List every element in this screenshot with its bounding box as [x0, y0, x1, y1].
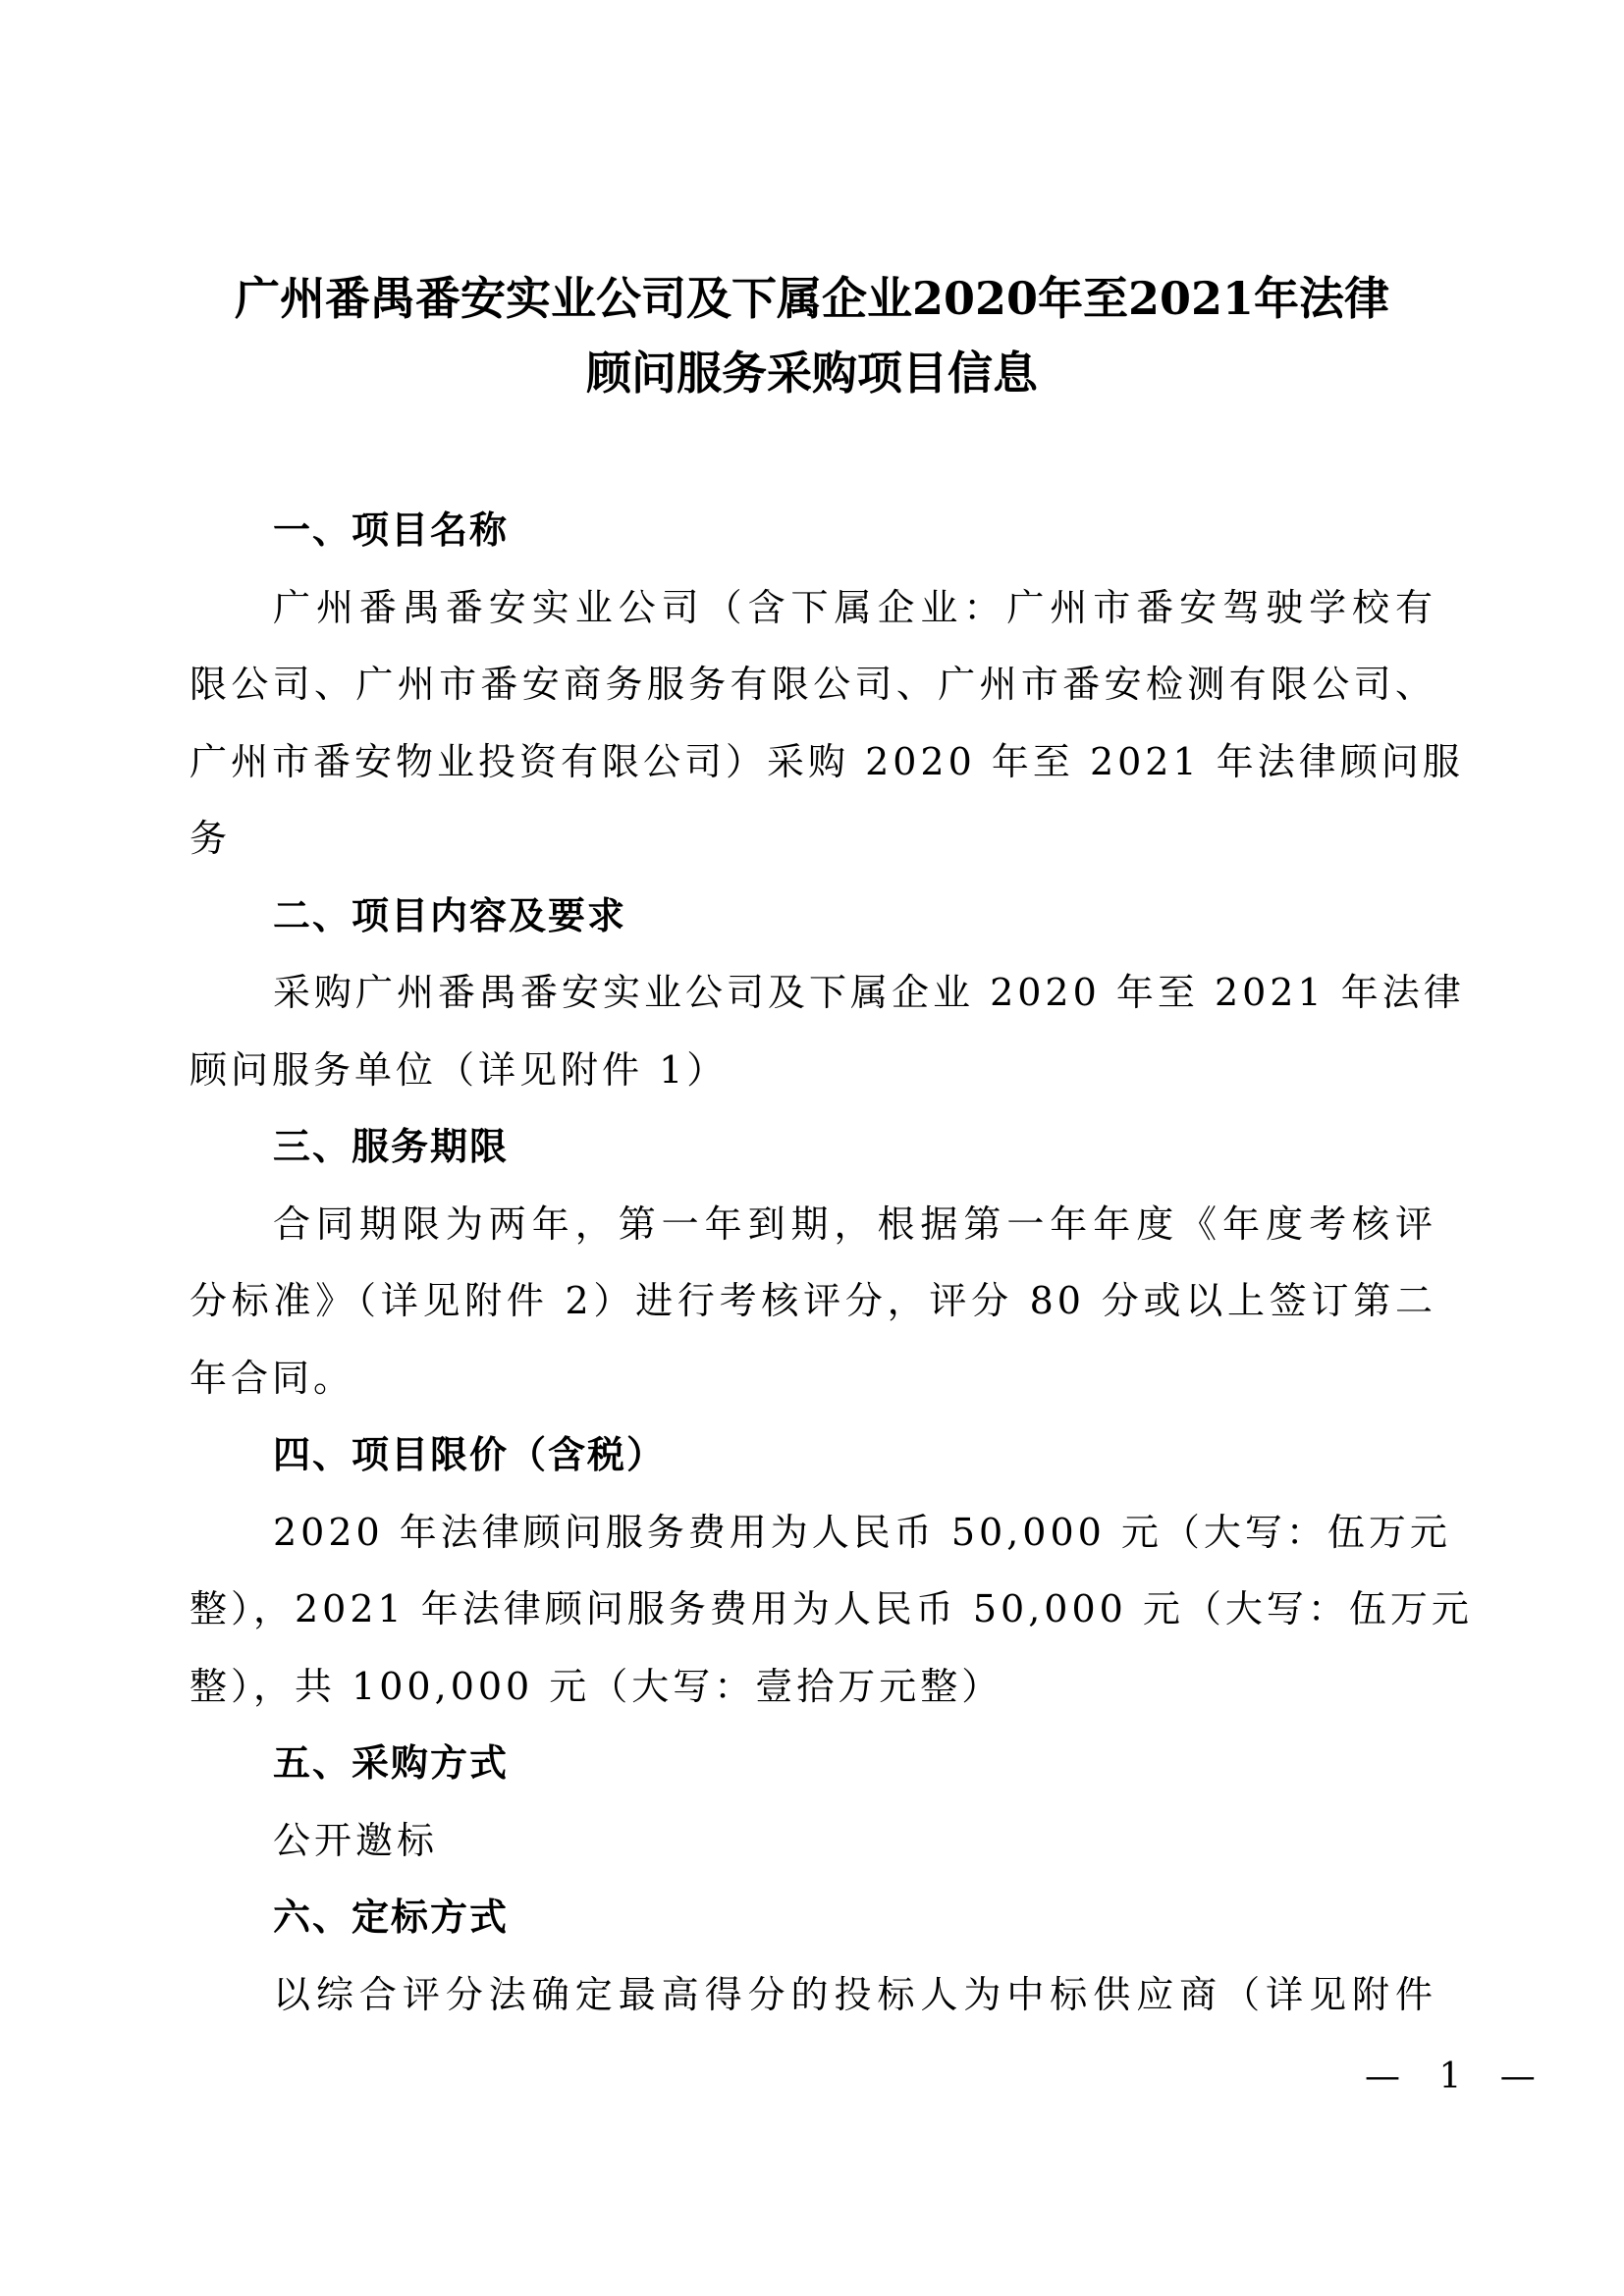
paragraph-line: 整），2021 年法律顾问服务费用为人民币 50,000 元（大写：伍万元	[189, 1579, 1436, 1638]
document-title-line-1: 广州番禺番安实业公司及下属企业2020年至2021年法律	[0, 271, 1624, 326]
page-number: — 1 —	[1365, 2054, 1549, 2101]
paragraph-line: 以综合评分法确定最高得分的投标人为中标供应商（详见附件	[273, 1965, 1436, 2024]
paragraph-line: 采购广州番禺番安实业公司及下属企业 2020 年至 2021 年法律	[273, 963, 1436, 1022]
section-heading-price-limit: 四、项目限价（含税）	[273, 1425, 1520, 1484]
paragraph-line: 广州市番安物业投资有限公司）采购 2020 年至 2021 年法律顾问服	[189, 732, 1436, 791]
paragraph-line: 分标准》（详见附件 2）进行考核评分，评分 80 分或以上签订第二	[189, 1271, 1436, 1330]
paragraph-line: 整），共 100,000 元（大写：壹拾万元整）	[189, 1657, 1436, 1716]
section-heading-procurement-method: 五、采购方式	[273, 1734, 1520, 1792]
paragraph-line: 合同期限为两年，第一年到期，根据第一年年度《年度考核评	[273, 1195, 1436, 1254]
paragraph-line: 公开邀标	[273, 1811, 1520, 1870]
section-heading-project-name: 一、项目名称	[273, 501, 1520, 560]
paragraph-line: 年合同。	[189, 1349, 1436, 1408]
document-title-line-2: 顾问服务采购项目信息	[0, 346, 1624, 400]
paragraph-line: 顾问服务单位（详见附件 1）	[189, 1041, 1436, 1099]
section-heading-award-method: 六、定标方式	[273, 1888, 1520, 1947]
section-heading-service-period: 三、服务期限	[273, 1117, 1520, 1176]
paragraph-line: 广州番禺番安实业公司（含下属企业：广州市番安驾驶学校有	[273, 578, 1436, 637]
section-heading-content-requirements: 二、项目内容及要求	[273, 886, 1520, 945]
paragraph-line: 务	[189, 809, 1436, 868]
document-page: 广州番禺番安实业公司及下属企业2020年至2021年法律 顾问服务采购项目信息 …	[0, 0, 1624, 2296]
paragraph-line: 2020 年法律顾问服务费用为人民币 50,000 元（大写：伍万元	[273, 1503, 1436, 1562]
paragraph-line: 限公司、广州市番安商务服务有限公司、广州市番安检测有限公司、	[189, 655, 1436, 714]
